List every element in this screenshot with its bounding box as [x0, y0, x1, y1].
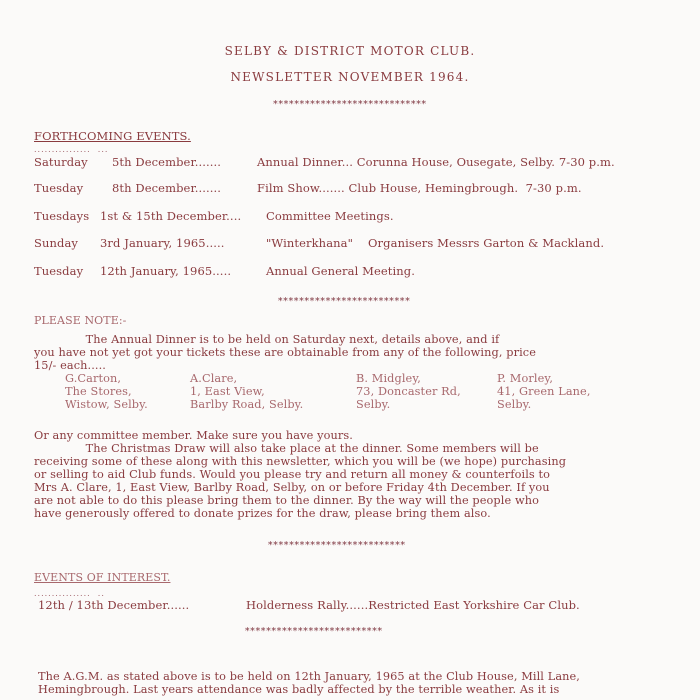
event-text: Holderness Rally......Restricted East Yo… [246, 598, 580, 612]
event-day: Tuesday [34, 181, 83, 195]
event-text: Annual General Meeting. [266, 264, 415, 278]
committee-note: Or any committee member. Make sure you h… [34, 429, 353, 443]
dinner-paragraph-line: The Annual Dinner is to be held on Satur… [34, 333, 499, 347]
event-date: 8th December....... [112, 181, 221, 195]
contact-name: P. Morley, [497, 372, 553, 386]
draw-paragraph-line: have generously offered to donate prizes… [34, 507, 491, 521]
event-text: Annual Dinner... Corunna House, Ousegate… [257, 155, 615, 169]
event-text: "Winterkhana" Organisers Messrs Garton &… [266, 236, 604, 250]
event-date: 12th January, 1965..... [100, 264, 231, 278]
event-text: Committee Meetings. [266, 209, 394, 223]
contact-address-line: The Stores, [65, 385, 132, 399]
club-name: SELBY & DISTRICT MOTOR CLUB. [0, 44, 700, 58]
agm-paragraph-line: Hemingbrough. Last years attendance was … [38, 683, 559, 697]
newsletter-page: SELBY & DISTRICT MOTOR CLUB. NEWSLETTER … [0, 0, 700, 700]
newsletter-title: NEWSLETTER NOVEMBER 1964. [0, 70, 700, 84]
contact-address-line: Selby. [356, 398, 390, 412]
events-of-interest-heading: EVENTS OF INTEREST. [34, 571, 170, 585]
event-day: Tuesday [34, 264, 83, 278]
contact-address-line: 1, East View, [190, 385, 265, 399]
event-text: Film Show....... Club House, Hemingbroug… [257, 181, 582, 195]
contact-name: B. Midgley, [356, 372, 421, 386]
event-date: 12th / 13th December...... [38, 598, 189, 612]
draw-paragraph-line: receiving some of these along with this … [34, 455, 566, 469]
event-day: Tuesdays [34, 209, 89, 223]
draw-paragraph-line: are not able to do this please bring the… [34, 494, 539, 508]
events-of-interest-divider: ************************** [245, 625, 383, 639]
event-day: Sunday [34, 236, 78, 250]
please-note-heading: PLEASE NOTE:- [34, 314, 126, 328]
event-date: 3rd January, 1965..... [100, 236, 225, 250]
contact-address-line: Selby. [497, 398, 531, 412]
draw-paragraph-line: The Christmas Draw will also take place … [34, 442, 539, 456]
forthcoming-divider: ************************* [278, 295, 411, 309]
event-day: Saturday [34, 155, 88, 169]
please-note-divider: ************************** [268, 539, 406, 553]
agm-paragraph-line: The A.G.M. as stated above is to be held… [38, 670, 580, 684]
event-date: 1st & 15th December.... [100, 209, 241, 223]
dinner-paragraph-line: you have not yet got your tickets these … [34, 346, 536, 360]
contact-address-line: 73, Doncaster Rd, [356, 385, 461, 399]
draw-paragraph-line: or selling to aid Club funds. Would you … [34, 468, 550, 482]
contact-address-line: 41, Green Lane, [497, 385, 591, 399]
contact-address-line: Wistow, Selby. [65, 398, 148, 412]
forthcoming-heading: FORTHCOMING EVENTS. [34, 129, 191, 143]
header-divider: ***************************** [0, 98, 700, 112]
dinner-paragraph-line: 15/- each..... [34, 359, 106, 373]
draw-paragraph-line: Mrs A. Clare, 1, East View, Barlby Road,… [34, 481, 550, 495]
contact-name: G.Carton, [65, 372, 121, 386]
contact-name: A.Clare, [190, 372, 237, 386]
contact-address-line: Barlby Road, Selby. [190, 398, 303, 412]
event-date: 5th December....... [112, 155, 221, 169]
